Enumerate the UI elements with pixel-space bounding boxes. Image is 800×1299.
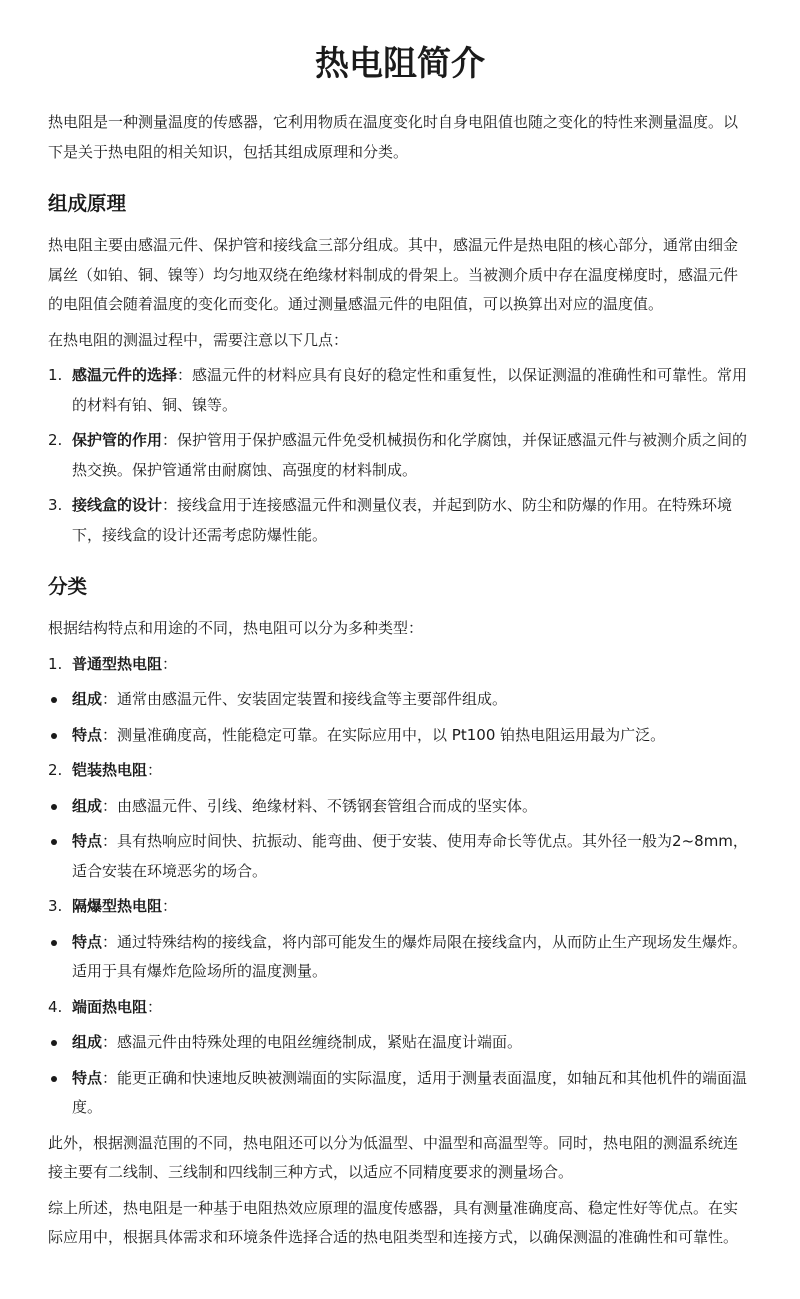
list-number: 4. bbox=[48, 993, 72, 1023]
bullet-icon bbox=[48, 1028, 72, 1058]
type-point: 特点：通过特殊结构的接线盒，将内部可能发生的爆炸局限在接线盒内，从而防止生产现场… bbox=[48, 928, 752, 987]
point-text: 测量准确度高，性能稳定可靠。在实际应用中，以 Pt100 铂热电阻运用最为广泛。 bbox=[117, 726, 665, 744]
separator: ： bbox=[147, 761, 162, 779]
point-text: 通常由感温元件、安装固定装置和接线盒等主要部件组成。 bbox=[117, 690, 507, 708]
section-heading-classification: 分类 bbox=[48, 572, 752, 602]
separator: ： bbox=[162, 431, 177, 449]
bullet-icon bbox=[48, 827, 72, 886]
point-text: 感温元件由特殊处理的电阻丝缠绕制成，紧贴在温度计端面。 bbox=[117, 1033, 522, 1051]
bullet-icon bbox=[48, 721, 72, 751]
type-point: 组成：感温元件由特殊处理的电阻丝缠绕制成，紧贴在温度计端面。 bbox=[48, 1028, 752, 1058]
list-number: 1. bbox=[48, 361, 72, 420]
type-item: 3. 隔爆型热电阻： bbox=[48, 892, 752, 922]
point-term: 特点 bbox=[72, 832, 102, 850]
note-term: 接线盒的设计 bbox=[72, 496, 162, 514]
bullet-icon bbox=[48, 928, 72, 987]
intro-paragraph: 热电阻是一种测量温度的传感器，它利用物质在温度变化时自身电阻值也随之变化的特性来… bbox=[48, 108, 752, 167]
point-text: 通过特殊结构的接线盒，将内部可能发生的爆炸局限在接线盒内，从而防止生产现场发生爆… bbox=[72, 933, 747, 981]
bullet-icon bbox=[48, 792, 72, 822]
type-name: 普通型热电阻 bbox=[72, 655, 162, 673]
note-item: 3. 接线盒的设计：接线盒用于连接感温元件和测量仪表，并起到防水、防尘和防爆的作… bbox=[48, 491, 752, 550]
type-name: 端面热电阻 bbox=[72, 998, 147, 1016]
point-term: 组成 bbox=[72, 690, 102, 708]
point-text: 由感温元件、引线、绝缘材料、不锈钢套管组合而成的坚实体。 bbox=[117, 797, 537, 815]
document: 热电阻简介 热电阻是一种测量温度的传感器，它利用物质在温度变化时自身电阻值也随之… bbox=[0, 0, 800, 1299]
separator: ： bbox=[102, 1033, 117, 1051]
type-point: 特点：具有热响应时间快、抗振动、能弯曲、便于安装、使用寿命长等优点。其外径一般为… bbox=[48, 827, 752, 886]
separator: ： bbox=[162, 655, 177, 673]
note-term: 感温元件的选择 bbox=[72, 366, 177, 384]
type-item: 1. 普通型热电阻： bbox=[48, 650, 752, 680]
point-text: 具有热响应时间快、抗振动、能弯曲、便于安装、使用寿命长等优点。其外径一般为2~8… bbox=[72, 832, 748, 880]
point-term: 特点 bbox=[72, 1069, 102, 1087]
type-item: 4. 端面热电阻： bbox=[48, 993, 752, 1023]
type-name: 隔爆型热电阻 bbox=[72, 897, 162, 915]
note-item: 1. 感温元件的选择：感温元件的材料应具有良好的稳定性和重复性，以保证测温的准确… bbox=[48, 361, 752, 420]
note-item: 2. 保护管的作用：保护管用于保护感温元件免受机械损伤和化学腐蚀，并保证感温元件… bbox=[48, 426, 752, 485]
point-term: 组成 bbox=[72, 797, 102, 815]
principle-paragraph: 热电阻主要由感温元件、保护管和接线盒三部分组成。其中，感温元件是热电阻的核心部分… bbox=[48, 231, 752, 320]
type-point: 组成：通常由感温元件、安装固定装置和接线盒等主要部件组成。 bbox=[48, 685, 752, 715]
bullet-icon bbox=[48, 685, 72, 715]
separator: ： bbox=[162, 897, 177, 915]
type-name: 铠装热电阻 bbox=[72, 761, 147, 779]
section-heading-principle: 组成原理 bbox=[48, 189, 752, 219]
separator: ： bbox=[102, 832, 117, 850]
list-number: 2. bbox=[48, 756, 72, 786]
separator: ： bbox=[162, 496, 177, 514]
separator: ： bbox=[102, 726, 117, 744]
separator: ： bbox=[102, 797, 117, 815]
extra-paragraph: 此外，根据测温范围的不同，热电阻还可以分为低温型、中温型和高温型等。同时，热电阻… bbox=[48, 1129, 752, 1188]
separator: ： bbox=[102, 933, 117, 951]
type-point: 特点：能更正确和快速地反映被测端面的实际温度，适用于测量表面温度，如轴瓦和其他机… bbox=[48, 1064, 752, 1123]
conclusion-paragraph: 综上所述，热电阻是一种基于电阻热效应原理的温度传感器，具有测量准确度高、稳定性好… bbox=[48, 1194, 752, 1253]
separator: ： bbox=[147, 998, 162, 1016]
point-term: 特点 bbox=[72, 933, 102, 951]
classification-intro: 根据结构特点和用途的不同，热电阻可以分为多种类型： bbox=[48, 614, 752, 644]
separator: ： bbox=[102, 690, 117, 708]
bullet-icon bbox=[48, 1064, 72, 1123]
list-number: 1. bbox=[48, 650, 72, 680]
type-point: 特点：测量准确度高，性能稳定可靠。在实际应用中，以 Pt100 铂热电阻运用最为… bbox=[48, 721, 752, 751]
page-title: 热电阻简介 bbox=[48, 42, 752, 86]
note-term: 保护管的作用 bbox=[72, 431, 162, 449]
notes-intro: 在热电阻的测温过程中，需要注意以下几点： bbox=[48, 326, 752, 356]
list-number: 2. bbox=[48, 426, 72, 485]
separator: ： bbox=[177, 366, 192, 384]
type-item: 2. 铠装热电阻： bbox=[48, 756, 752, 786]
point-term: 特点 bbox=[72, 726, 102, 744]
point-text: 能更正确和快速地反映被测端面的实际温度，适用于测量表面温度，如轴瓦和其他机件的端… bbox=[72, 1069, 747, 1117]
list-number: 3. bbox=[48, 491, 72, 550]
point-term: 组成 bbox=[72, 1033, 102, 1051]
type-point: 组成：由感温元件、引线、绝缘材料、不锈钢套管组合而成的坚实体。 bbox=[48, 792, 752, 822]
separator: ： bbox=[102, 1069, 117, 1087]
list-number: 3. bbox=[48, 892, 72, 922]
